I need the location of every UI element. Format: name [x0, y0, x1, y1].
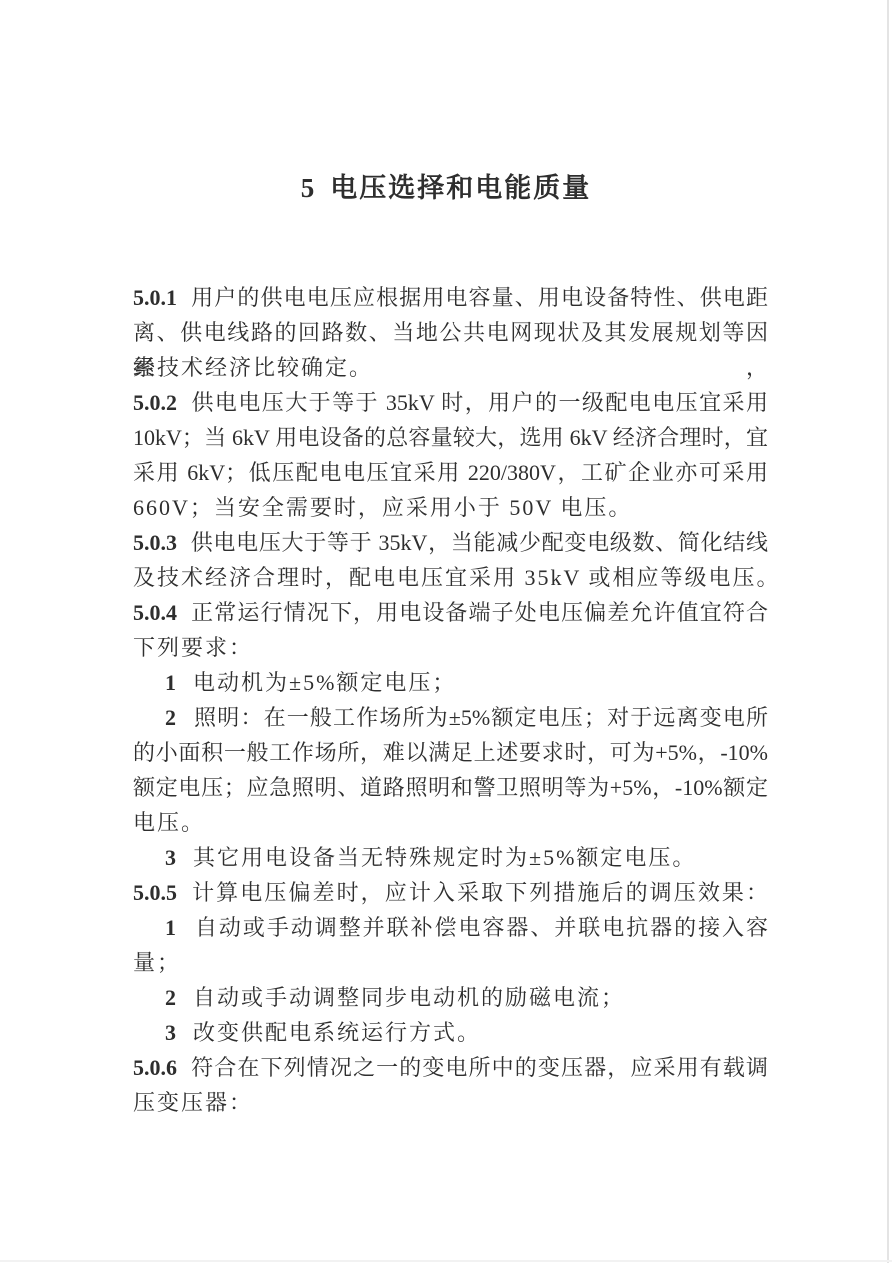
- clause-number: 5.0.1: [133, 285, 177, 310]
- text-line: 的小面积一般工作场所，难以满足上述要求时，可为+5%，-10%: [133, 735, 768, 770]
- text-line: 量；: [133, 945, 768, 980]
- text-line-3: 3其它用电设备当无特殊规定时为±5%额定电压。: [133, 840, 768, 875]
- chapter-title-text: 电压选择和电能质量: [330, 173, 591, 203]
- text-line-2: 2照明：在一般工作场所为±5%额定电压；对于远离变电所: [133, 700, 768, 735]
- text-line-5-0-1: 5.0.1用户的供电电压应根据用电容量、用电设备特性、供电距: [133, 280, 768, 315]
- line-text: 供电电压大于等于 35kV 时，用户的一级配电电压宜采用: [190, 390, 768, 415]
- clause-number: 1: [165, 915, 176, 940]
- text-line-5-0-2: 5.0.2供电电压大于等于 35kV 时，用户的一级配电电压宜采用: [133, 385, 768, 420]
- text-line-5-0-4: 5.0.4正常运行情况下，用电设备端子处电压偏差允许值宜符合: [133, 595, 768, 630]
- text-line: 电压。: [133, 805, 768, 840]
- line-text: 额定电压；应急照明、道路照明和警卫照明等为+5%，-10%额定: [133, 775, 768, 800]
- clause-number: 3: [165, 845, 176, 870]
- line-text: 正常运行情况下，用电设备端子处电压偏差允许值宜符合: [190, 600, 768, 625]
- line-text: 照明：在一般工作场所为±5%额定电压；对于远离变电所: [193, 705, 768, 730]
- line-text: 及技术经济合理时，配电电压宜采用 35kV 或相应等级电压。: [133, 565, 781, 590]
- text-line: 额定电压；应急照明、道路照明和警卫照明等为+5%，-10%额定: [133, 770, 768, 805]
- clause-number: 5.0.5: [133, 880, 177, 905]
- line-text: 供电电压大于等于 35kV，当能减少配变电级数、简化结线: [190, 530, 768, 555]
- line-text: 采用 6kV；低压配电电压宜采用 220/380V，工矿企业亦可采用: [133, 460, 768, 485]
- chapter-title: 5电压选择和电能质量: [0, 166, 892, 205]
- chapter-number: 5: [301, 173, 315, 203]
- line-text: 10kV；当 6kV 用电设备的总容量较大，选用 6kV 经济合理时，宜: [133, 425, 768, 450]
- line-text: 的小面积一般工作场所，难以满足上述要求时，可为+5%，-10%: [133, 740, 768, 765]
- text-line: 离、供电线路的回路数、当地公共电网现状及其发展规划等因素，: [133, 315, 768, 350]
- text-line: 压变压器：: [133, 1085, 768, 1120]
- text-line: 660V；当安全需要时，应采用小于 50V 电压。: [133, 490, 768, 525]
- line-text: 下列要求：: [133, 635, 253, 660]
- text-line-1: 1电动机为±5%额定电压；: [133, 665, 768, 700]
- clause-number: 5.0.3: [133, 530, 177, 555]
- line-text: 经技术经济比较确定。: [133, 355, 373, 380]
- text-line: 采用 6kV；低压配电电压宜采用 220/380V，工矿企业亦可采用: [133, 455, 768, 490]
- line-text: 自动或手动调整并联补偿电容器、并联电抗器的接入容: [193, 915, 768, 940]
- clause-number: 3: [165, 1020, 176, 1045]
- line-text: 660V；当安全需要时，应采用小于 50V 电压。: [133, 495, 632, 520]
- line-text: 用户的供电电压应根据用电容量、用电设备特性、供电距: [190, 285, 768, 310]
- line-text: 改变供配电系统运行方式。: [193, 1020, 481, 1045]
- scan-edge-right: [887, 0, 889, 1263]
- text-line-5-0-6: 5.0.6符合在下列情况之一的变电所中的变压器，应采用有载调: [133, 1050, 768, 1085]
- clause-number: 5.0.4: [133, 600, 177, 625]
- text-line: 下列要求：: [133, 630, 768, 665]
- line-text: 电压。: [133, 810, 205, 835]
- line-text: 符合在下列情况之一的变电所中的变压器，应采用有载调: [190, 1055, 768, 1080]
- text-line-5-0-3: 5.0.3供电电压大于等于 35kV，当能减少配变电级数、简化结线: [133, 525, 768, 560]
- line-text: 压变压器：: [133, 1090, 253, 1115]
- line-text: 电动机为±5%额定电压；: [193, 670, 456, 695]
- text-content: 5.0.1用户的供电电压应根据用电容量、用电设备特性、供电距离、供电线路的回路数…: [133, 280, 768, 1120]
- clause-number: 1: [165, 670, 176, 695]
- text-line: 及技术经济合理时，配电电压宜采用 35kV 或相应等级电压。: [133, 560, 768, 595]
- text-line-5-0-5: 5.0.5计算电压偏差时，应计入采取下列措施后的调压效果：: [133, 875, 768, 910]
- document-page: 5电压选择和电能质量 5.0.1用户的供电电压应根据用电容量、用电设备特性、供电…: [0, 0, 892, 1263]
- text-line: 10kV；当 6kV 用电设备的总容量较大，选用 6kV 经济合理时，宜: [133, 420, 768, 455]
- line-text: 其它用电设备当无特殊规定时为±5%额定电压。: [193, 845, 696, 870]
- text-line-3: 3改变供配电系统运行方式。: [133, 1015, 768, 1050]
- clause-number: 5.0.2: [133, 390, 177, 415]
- text-line-2: 2自动或手动调整同步电动机的励磁电流；: [133, 980, 768, 1015]
- line-text: 自动或手动调整同步电动机的励磁电流；: [193, 985, 625, 1010]
- text-line-1: 1自动或手动调整并联补偿电容器、并联电抗器的接入容: [133, 910, 768, 945]
- scan-edge-bottom: [0, 1260, 892, 1262]
- clause-number: 5.0.6: [133, 1055, 177, 1080]
- line-text: 量；: [133, 950, 181, 975]
- line-text: 计算电压偏差时，应计入采取下列措施后的调压效果：: [190, 880, 768, 905]
- clause-number: 2: [165, 705, 176, 730]
- clause-number: 2: [165, 985, 176, 1010]
